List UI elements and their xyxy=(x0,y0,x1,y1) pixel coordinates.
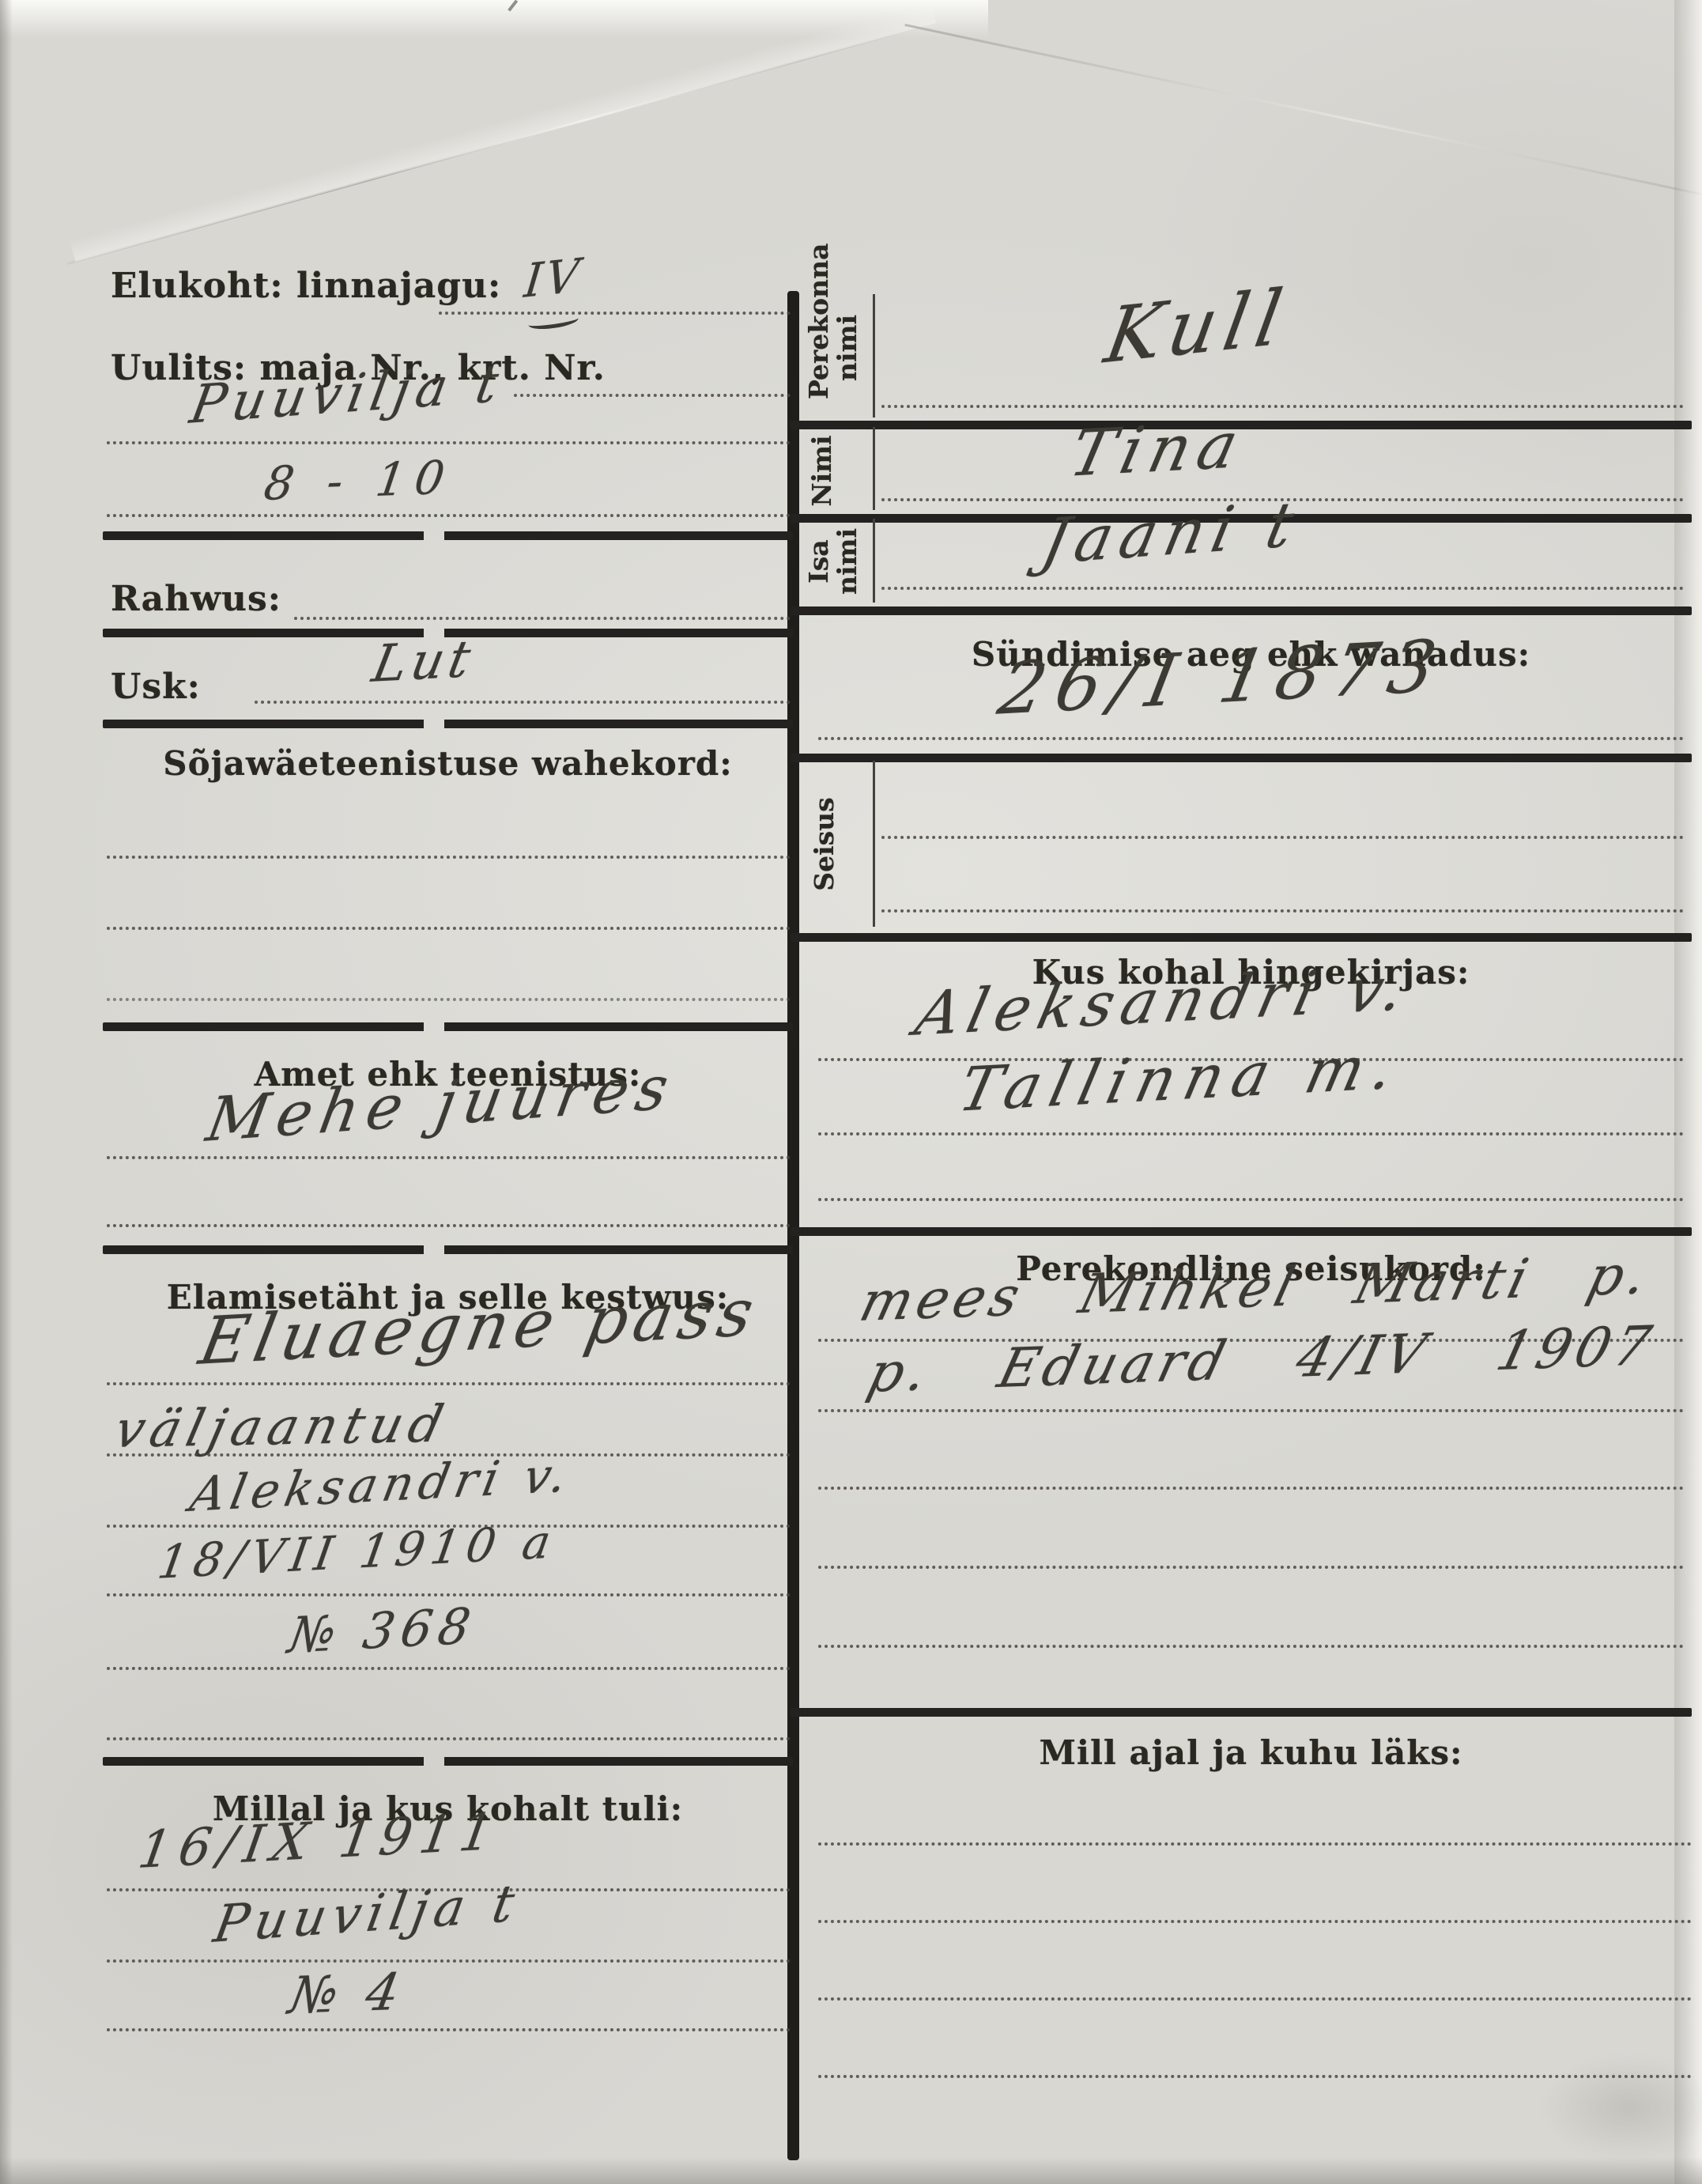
dotted-line xyxy=(514,394,791,397)
fold-crease-right xyxy=(904,24,1702,198)
cell-label-separator xyxy=(873,519,875,603)
permit-line-3: Aleksandri v. xyxy=(186,1447,577,1523)
scanned-registration-card: Elukoht: linnajagu: IV Uulits: maja Nr.,… xyxy=(0,0,1702,2184)
father-name-value: Jaani t xyxy=(1036,489,1308,579)
dotted-line xyxy=(818,1645,1684,1648)
military-service-label: Sõjawäeteenistuse wahekord: xyxy=(103,744,793,783)
dotted-line xyxy=(818,1487,1684,1490)
section-rule xyxy=(103,531,793,540)
scan-artifact-mark xyxy=(508,0,528,19)
dotted-line xyxy=(818,737,1684,740)
section-rule xyxy=(103,720,793,728)
dotted-line xyxy=(107,1156,791,1159)
paper-left-edge-shadow xyxy=(0,0,13,2184)
section-rule xyxy=(791,1708,1692,1717)
dotted-line xyxy=(107,1667,791,1670)
family-name-label: Perekonna nimi xyxy=(805,297,873,399)
arrival-line-3: № 4 xyxy=(285,1963,410,2026)
dotted-line xyxy=(107,2028,791,2031)
dotted-line xyxy=(107,514,791,517)
cell-label-separator xyxy=(873,294,875,418)
dotted-line xyxy=(107,1382,791,1385)
dotted-line xyxy=(107,1224,791,1227)
departure-label: Mill ajal ja kuhu läks: xyxy=(818,1733,1684,1772)
nationality-label: Rahwus: xyxy=(111,579,281,619)
paper-right-edge-fold xyxy=(1674,0,1702,2184)
religion-label: Usk: xyxy=(111,667,201,707)
family-name-value: Kull xyxy=(1099,273,1296,381)
cell-label-separator xyxy=(873,761,875,927)
paper-top-torn-edge xyxy=(0,0,988,38)
status-label: Seisus xyxy=(810,763,858,925)
dotted-line xyxy=(818,1132,1684,1135)
section-rule xyxy=(791,1227,1692,1236)
dotted-line xyxy=(818,1997,1692,2001)
section-rule xyxy=(791,933,1692,942)
cell-label-separator xyxy=(873,427,875,510)
dotted-line xyxy=(881,405,1684,408)
dotted-line xyxy=(818,1842,1692,1846)
section-rule xyxy=(103,1022,793,1031)
dotted-line xyxy=(818,2075,1692,2078)
dotted-line xyxy=(881,587,1684,590)
residence-label: Elukoht: linnajagu: xyxy=(111,266,501,306)
dotted-line xyxy=(818,1566,1684,1569)
dotted-line xyxy=(881,909,1684,913)
district-value: IV xyxy=(522,247,585,308)
first-name-value: Tina xyxy=(1063,407,1253,491)
dotted-line xyxy=(818,1198,1684,1201)
dotted-line xyxy=(107,441,791,444)
bottom-right-smudge xyxy=(1542,2056,1702,2159)
first-name-label: Nimi xyxy=(808,433,855,508)
dotted-line xyxy=(881,836,1684,839)
section-rule xyxy=(103,1757,793,1766)
dotted-line xyxy=(107,1737,791,1740)
dotted-line xyxy=(107,856,791,859)
dotted-line xyxy=(439,312,791,315)
dotted-line xyxy=(294,617,791,620)
dotted-line xyxy=(107,1959,791,1963)
house-number-value: 8 - 10 xyxy=(261,450,458,511)
dotted-line xyxy=(255,701,791,704)
dotted-line xyxy=(107,998,791,1001)
father-name-label: Isa nimi xyxy=(805,522,873,601)
dotted-line xyxy=(818,1409,1684,1412)
religion-value: Lut xyxy=(368,629,480,694)
parish-line-2: Tallinna m. xyxy=(953,1031,1410,1125)
section-rule xyxy=(791,754,1692,762)
fold-crease-left-highlight xyxy=(70,2,936,262)
dotted-line xyxy=(107,927,791,930)
arrival-line-2: Puuvilja t xyxy=(209,1874,525,1955)
paper-bottom-edge-shadow xyxy=(0,2157,1702,2184)
dotted-line xyxy=(107,1593,791,1596)
permit-line-5: № 368 xyxy=(285,1596,481,1664)
dotted-line xyxy=(818,1920,1692,1923)
section-rule xyxy=(791,606,1692,615)
fold-crease-left xyxy=(67,24,929,265)
permit-line-2: väljaantud xyxy=(109,1395,455,1460)
section-rule xyxy=(103,1245,793,1254)
